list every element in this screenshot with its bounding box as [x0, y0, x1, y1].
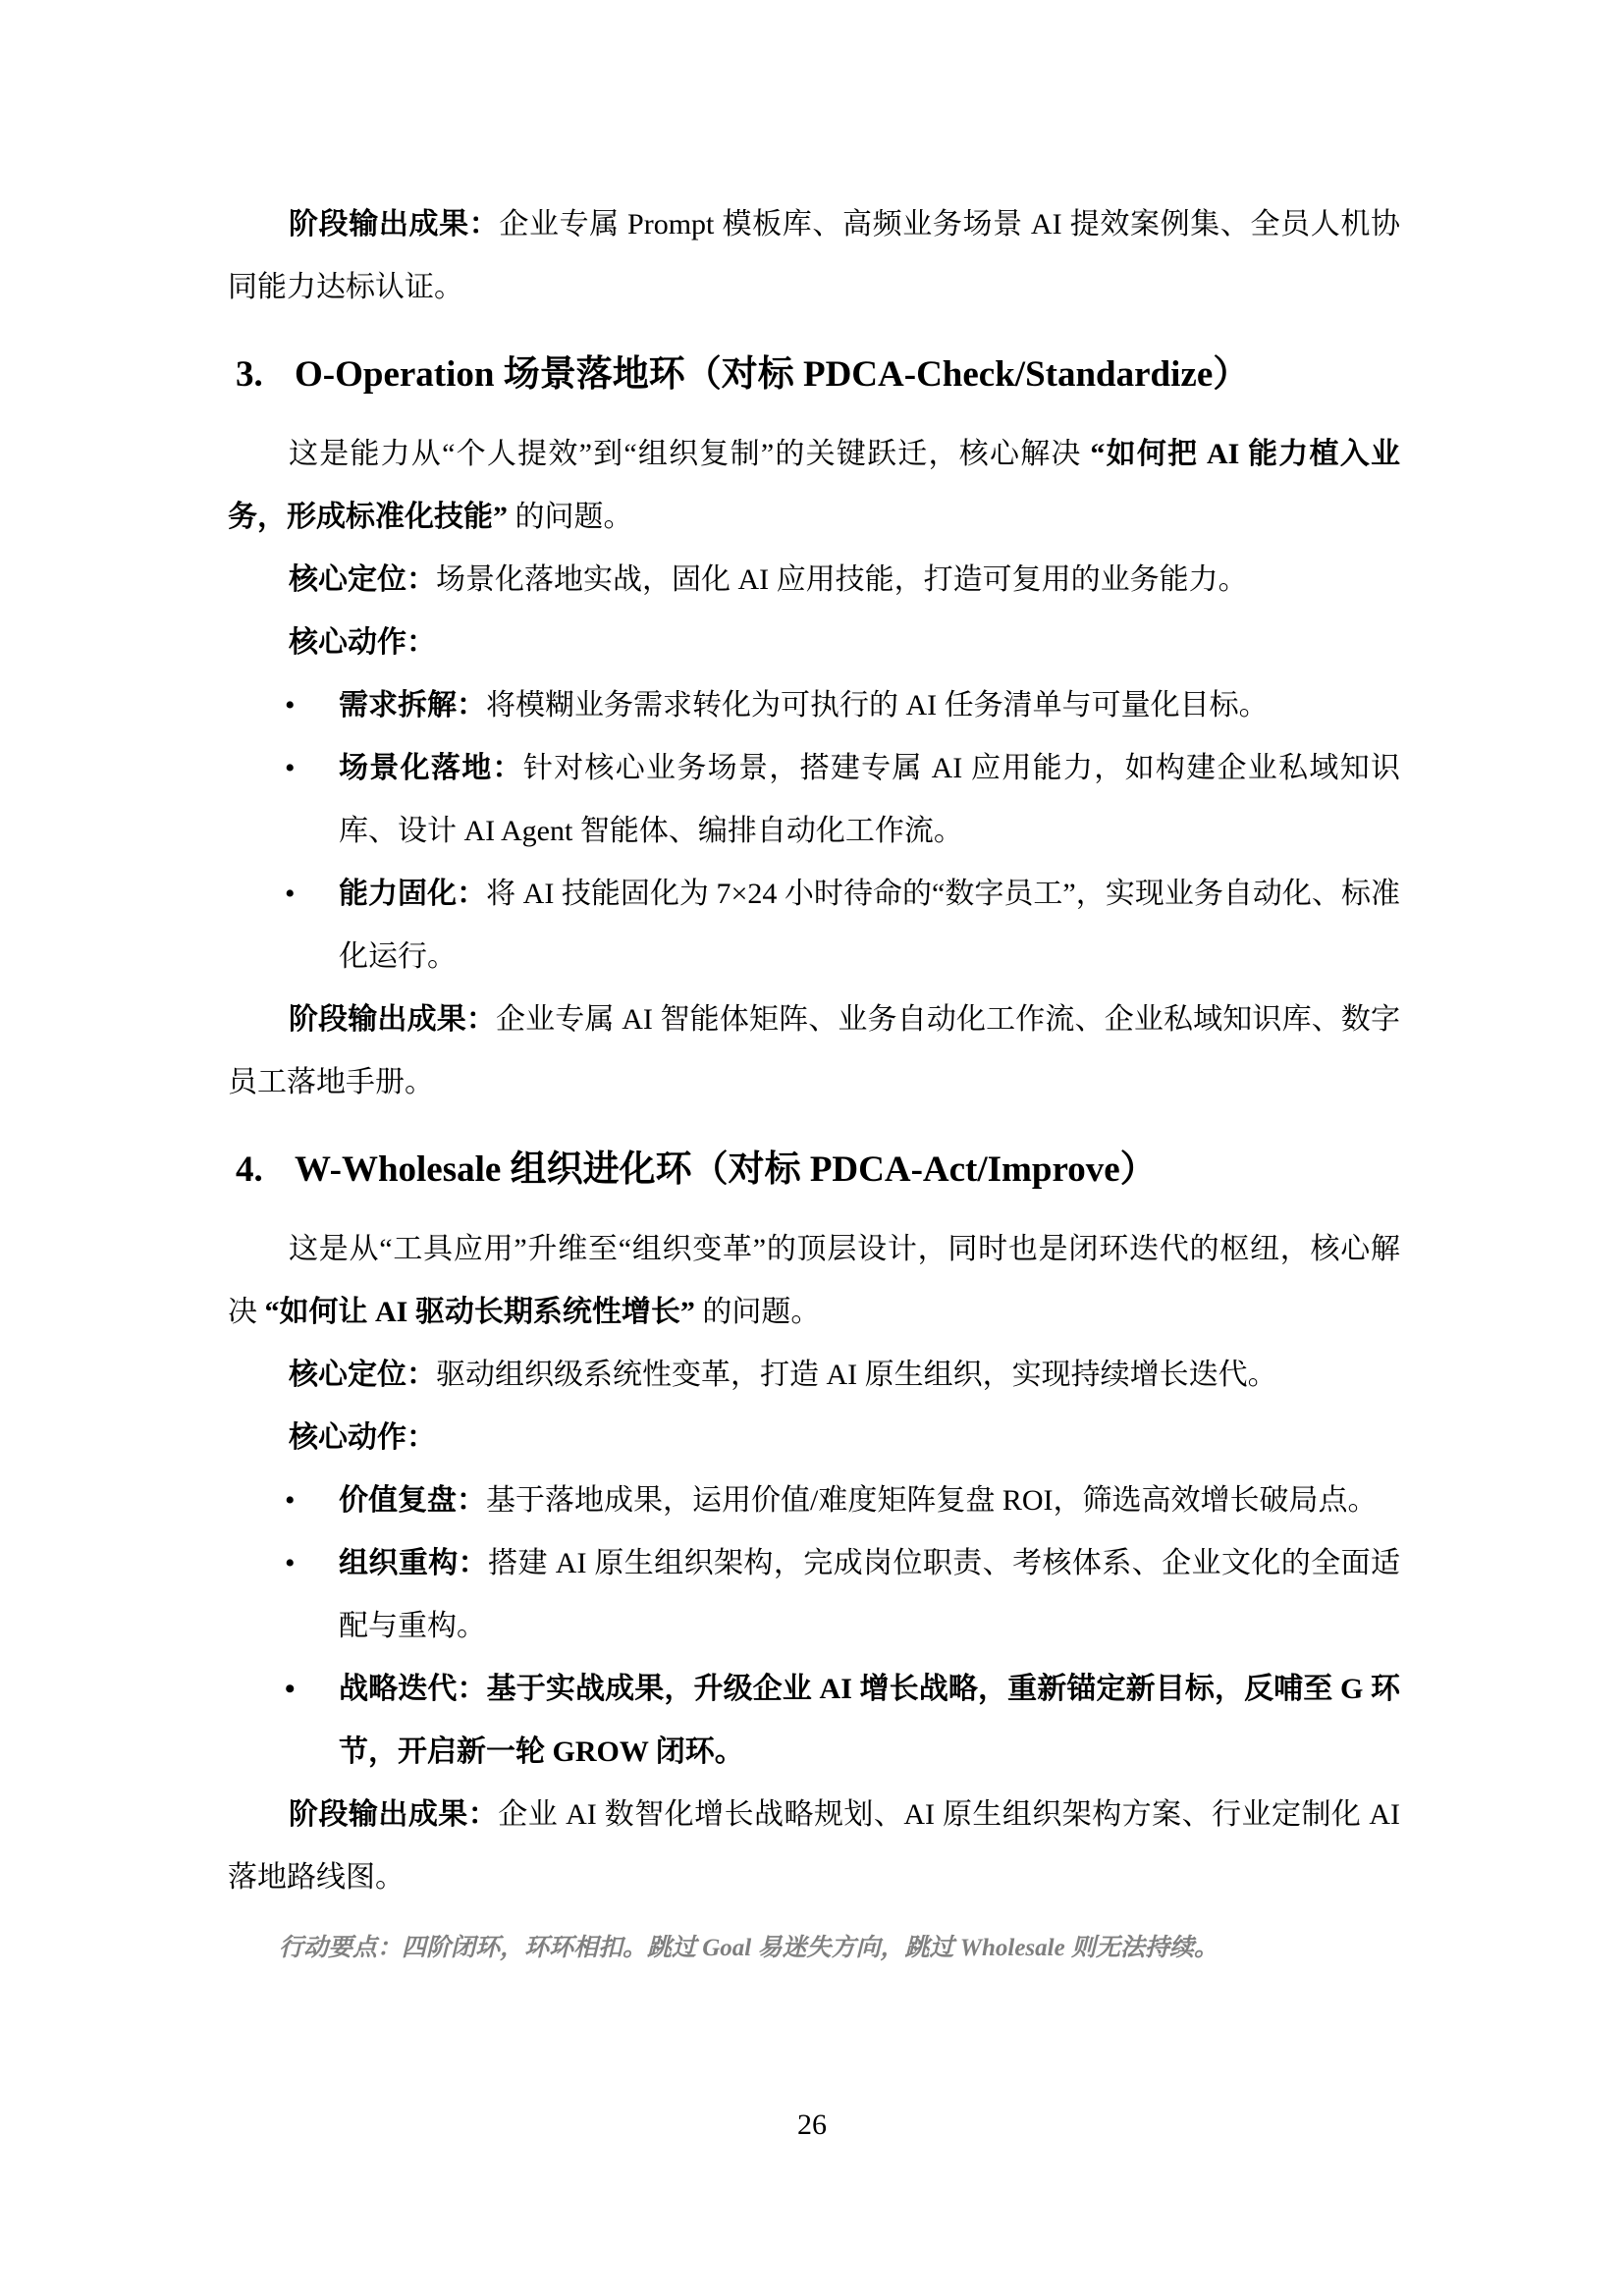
heading-title: W-Wholesale 组织进化环（对标 PDCA-Act/Improve）: [295, 1149, 1157, 1190]
heading-section-4: 4.W-Wholesale 组织进化环（对标 PDCA-Act/Improve）: [228, 1136, 1400, 1204]
paragraph-section4-positioning: 核心定位：驱动组织级系统性变革，打造 AI 原生组织，实现持续增长迭代。: [228, 1344, 1400, 1407]
bullet-label: 需求拆解：: [339, 689, 486, 721]
list-item-capability-solidify: 能力固化：将 AI 技能固化为 7×24 小时待命的“数字员工”，实现业务自动化…: [339, 863, 1400, 988]
stage-output-label: 阶段输出成果：: [289, 208, 499, 240]
list-item-org-restructure: 组织重构：搭建 AI 原生组织架构，完成岗位职责、考核体系、企业文化的全面适配与…: [339, 1532, 1400, 1658]
positioning-label: 核心定位：: [289, 563, 436, 596]
bullet-label: 价值复盘：: [339, 1484, 486, 1517]
list-item-strategy-iteration: 战略迭代：基于实战成果，升级企业 AI 增长战略，重新锚定新目标，反哺至 G 环…: [339, 1658, 1400, 1784]
page-number: 26: [0, 2106, 1624, 2145]
paragraph-section4-output: 阶段输出成果：企业 AI 数智化增长战略规划、AI 原生组织架构方案、行业定制化…: [228, 1784, 1400, 1909]
action-key-note: 行动要点：四阶闭环，环环相扣。跳过 Goal 易迷失方向，跳过 Wholesal…: [228, 1917, 1400, 1980]
heading-title: O-Operation 场景落地环（对标 PDCA-Check/Standard…: [295, 354, 1249, 395]
bullet-text: 基于落地成果，运用价值/难度矩阵复盘 ROI，筛选高效增长破局点。: [486, 1484, 1378, 1517]
positioning-text: 驱动组织级系统性变革，打造 AI 原生组织，实现持续增长迭代。: [436, 1359, 1277, 1391]
stage-output-label: 阶段输出成果：: [289, 1003, 496, 1036]
bullet-list-section3: 需求拆解：将模糊业务需求转化为可执行的 AI 任务清单与可量化目标。 场景化落地…: [228, 674, 1400, 988]
paragraph-section4-actions-label: 核心动作：: [228, 1407, 1400, 1469]
bullet-label: 组织重构：: [339, 1547, 488, 1579]
positioning-text: 场景化落地实战，固化 AI 应用技能，打造可复用的业务能力。: [436, 563, 1248, 596]
bullet-text: 将模糊业务需求转化为可执行的 AI 任务清单与可量化目标。: [486, 689, 1269, 721]
actions-label: 核心动作：: [289, 626, 436, 659]
list-item-demand-breakdown: 需求拆解：将模糊业务需求转化为可执行的 AI 任务清单与可量化目标。: [339, 674, 1400, 737]
list-item-scenario-landing: 场景化落地：针对核心业务场景，搭建专属 AI 应用能力，如构建企业私域知识库、设…: [339, 737, 1400, 863]
stage-output-label: 阶段输出成果：: [289, 1798, 498, 1831]
heading-section-3: 3.O-Operation 场景落地环（对标 PDCA-Check/Standa…: [228, 341, 1400, 409]
bullet-text: 将 AI 技能固化为 7×24 小时待命的“数字员工”，实现业务自动化、标准化运…: [339, 878, 1400, 973]
bullet-label: 能力固化：: [339, 878, 486, 910]
actions-label: 核心动作：: [289, 1421, 436, 1454]
intro-tail: 的问题。: [508, 501, 633, 533]
paragraph-section3-positioning: 核心定位：场景化落地实战，固化 AI 应用技能，打造可复用的业务能力。: [228, 549, 1400, 612]
paragraph-section3-intro: 这是能力从“个人提效”到“组织复制”的关键跃迁，核心解决 “如何把 AI 能力植…: [228, 423, 1400, 549]
bullet-text: 搭建 AI 原生组织架构，完成岗位职责、考核体系、企业文化的全面适配与重构。: [339, 1547, 1400, 1642]
bullet-label: 战略迭代：: [339, 1673, 487, 1705]
intro-lead: 这是能力从“个人提效”到“组织复制”的关键跃迁，核心解决: [289, 438, 1090, 470]
paragraph-section3-output: 阶段输出成果：企业专属 AI 智能体矩阵、业务自动化工作流、企业私域知识库、数字…: [228, 988, 1400, 1114]
bullet-list-section4: 价值复盘：基于落地成果，运用价值/难度矩阵复盘 ROI，筛选高效增长破局点。 组…: [228, 1469, 1400, 1784]
bullet-text: 基于实战成果，升级企业 AI 增长战略，重新锚定新目标，反哺至 G 环节，开启新…: [339, 1673, 1400, 1768]
heading-number: 4.: [236, 1136, 295, 1204]
list-item-value-review: 价值复盘：基于落地成果，运用价值/难度矩阵复盘 ROI，筛选高效增长破局点。: [339, 1469, 1400, 1532]
positioning-label: 核心定位：: [289, 1359, 436, 1391]
intro-tail: 的问题。: [695, 1296, 821, 1328]
intro-emphasis: “如何让 AI 驱动长期系统性增长”: [265, 1296, 695, 1328]
paragraph-stage-output-prev: 阶段输出成果：企业专属 Prompt 模板库、高频业务场景 AI 提效案例集、全…: [228, 193, 1400, 319]
paragraph-section3-actions-label: 核心动作：: [228, 612, 1400, 674]
document-page: 阶段输出成果：企业专属 Prompt 模板库、高频业务场景 AI 提效案例集、全…: [0, 0, 1624, 2296]
paragraph-section4-intro: 这是从“工具应用”升维至“组织变革”的顶层设计，同时也是闭环迭代的枢纽，核心解决…: [228, 1218, 1400, 1344]
bullet-label: 场景化落地：: [339, 752, 523, 784]
heading-number: 3.: [236, 341, 295, 409]
